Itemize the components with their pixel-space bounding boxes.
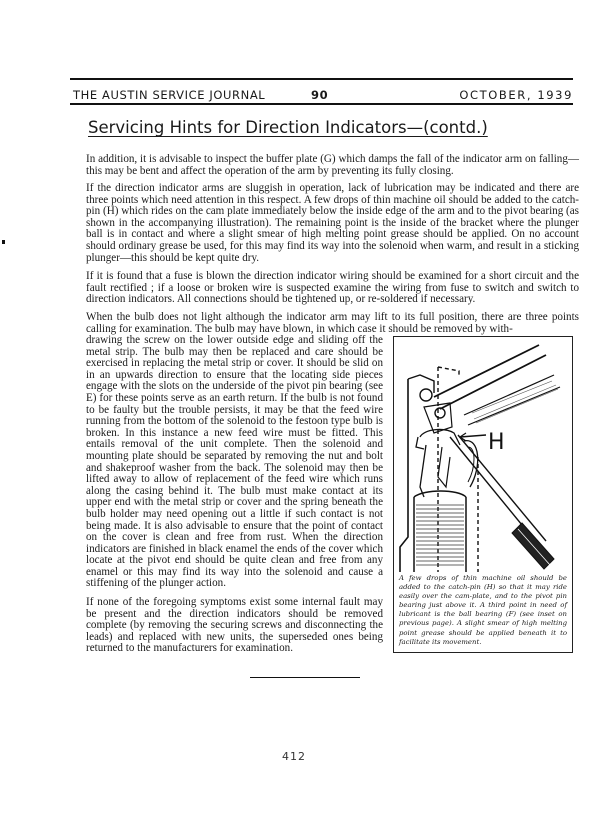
illustration-caption: A few drops of thin machine oil should b… [399,574,567,647]
label-h: H [488,430,505,455]
header-top-rule [70,78,573,80]
header-bottom-rule [70,103,573,105]
journal-name: THE AUSTIN SERVICE JOURNAL [73,88,265,102]
paragraph-bulb-intro: When the bulb does not light although th… [86,312,579,335]
illustration-box: H A few drops of thin machine oil should… [393,336,573,653]
paragraph-internal-fault: If none of the foregoing symptoms exist … [86,597,383,655]
scan-speck [2,240,5,244]
page-number: 412 [282,750,306,763]
article-title: Servicing Hints for Direction Indicators… [88,118,488,137]
journal-page-number: 90 [311,88,328,102]
direction-indicator-illustration: H [394,337,572,572]
paragraph-buffer-plate: In addition, it is advisable to inspect … [86,154,579,177]
paragraph-lubrication: If the direction indicator arms are slug… [86,183,579,264]
end-of-article-rule [250,677,360,678]
paragraph-bulb-details: drawing the screw on the lower outside e… [86,335,383,590]
issue-date: OCTOBER, 1939 [459,88,573,102]
paragraph-fuse: If it is found that a fuse is blown the … [86,271,579,306]
